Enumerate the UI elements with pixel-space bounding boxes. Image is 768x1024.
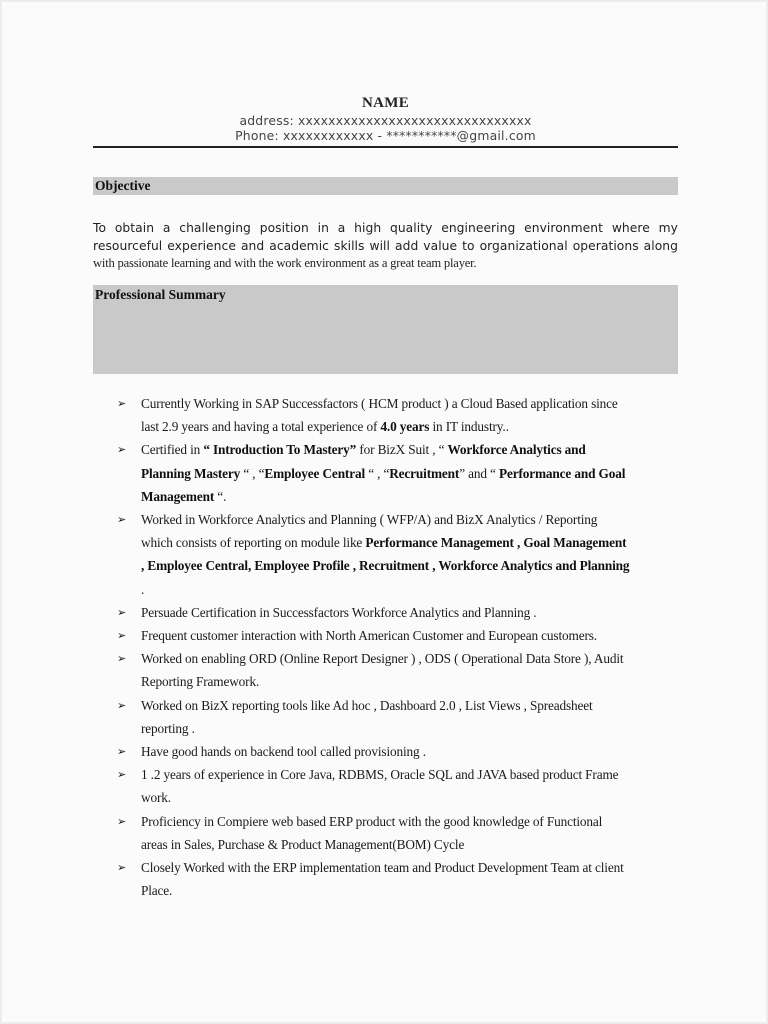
arrowhead-bullet-icon: ➢ xyxy=(117,740,126,763)
bold-text: 4.0 years xyxy=(380,419,429,434)
bold-text: Management xyxy=(141,489,214,504)
bullet-text-line: . xyxy=(141,578,682,601)
text: Place. xyxy=(141,883,172,898)
text: Worked in Workforce Analytics and Planni… xyxy=(141,512,597,527)
bold-text: Planning Mastery xyxy=(141,466,240,481)
objective-line: with passionate learning and with the wo… xyxy=(93,255,678,273)
summary-bullet-item: ➢Have good hands on backend tool called … xyxy=(117,740,682,763)
text: for BizX Suit , “ xyxy=(356,442,447,457)
bullet-text-line: Closely Worked with the ERP implementati… xyxy=(141,856,682,879)
header-divider xyxy=(93,146,678,148)
bold-text: Performance Management , Goal Management xyxy=(365,535,626,550)
text: Closely Worked with the ERP implementati… xyxy=(141,860,624,875)
summary-bullet-item: ➢Closely Worked with the ERP implementat… xyxy=(117,856,682,902)
text: “. xyxy=(214,489,226,504)
arrowhead-bullet-icon: ➢ xyxy=(117,392,126,415)
document-page: NAME address: xxxxxxxxxxxxxxxxxxxxxxxxxx… xyxy=(2,2,766,1022)
summary-bullet-item: ➢Proficiency in Compiere web based ERP p… xyxy=(117,810,682,856)
arrowhead-bullet-icon: ➢ xyxy=(117,694,126,717)
arrowhead-bullet-icon: ➢ xyxy=(117,601,126,624)
resume-header: NAME address: xxxxxxxxxxxxxxxxxxxxxxxxxx… xyxy=(93,93,678,143)
bold-text: “ Introduction To Mastery” xyxy=(203,442,356,457)
text: . xyxy=(141,582,144,597)
objective-title: Objective xyxy=(95,178,150,193)
bullet-text-line: Place. xyxy=(141,879,682,902)
bullet-text-line: Certified in “ Introduction To Mastery” … xyxy=(141,438,682,461)
bullet-text-line: Management “. xyxy=(141,485,682,508)
summary-bullet-item: ➢Worked on enabling ORD (Online Report D… xyxy=(117,647,682,693)
professional-summary-heading: Professional Summary xyxy=(93,285,678,374)
arrowhead-bullet-icon: ➢ xyxy=(117,856,126,879)
bullet-text-line: Reporting Framework. xyxy=(141,670,682,693)
text: Worked on BizX reporting tools like Ad h… xyxy=(141,698,593,713)
bullet-text-line: last 2.9 years and having a total experi… xyxy=(141,415,682,438)
bold-text: Employee Central xyxy=(264,466,365,481)
text: Have good hands on backend tool called p… xyxy=(141,744,426,759)
bullet-text-line: 1 .2 years of experience in Core Java, R… xyxy=(141,763,682,786)
arrowhead-bullet-icon: ➢ xyxy=(117,810,126,833)
address-line: address: xxxxxxxxxxxxxxxxxxxxxxxxxxxxxxx xyxy=(93,113,678,128)
text: Persuade Certification in Successfactors… xyxy=(141,605,536,620)
summary-bullet-item: ➢Frequent customer interaction with Nort… xyxy=(117,624,682,647)
bullet-text-line: Have good hands on backend tool called p… xyxy=(141,740,682,763)
arrowhead-bullet-icon: ➢ xyxy=(117,624,126,647)
text: Worked on enabling ORD (Online Report De… xyxy=(141,651,623,666)
bold-text: , Employee Central, Employee Profile , R… xyxy=(141,558,629,573)
bold-text: Performance and Goal xyxy=(499,466,625,481)
text: “ , “ xyxy=(365,466,389,481)
text: which consists of reporting on module li… xyxy=(141,535,365,550)
bullet-text-line: Worked on enabling ORD (Online Report De… xyxy=(141,647,682,670)
summary-bullet-item: ➢Worked on BizX reporting tools like Ad … xyxy=(117,694,682,740)
arrowhead-bullet-icon: ➢ xyxy=(117,508,126,531)
text: “ , “ xyxy=(240,466,264,481)
objective-heading: Objective xyxy=(93,177,678,195)
bullet-text-line: Worked on BizX reporting tools like Ad h… xyxy=(141,694,682,717)
text: Reporting Framework. xyxy=(141,674,259,689)
bullet-text-line: reporting . xyxy=(141,717,682,740)
phone-email-line: Phone: xxxxxxxxxxxx - ***********@gmail.… xyxy=(93,128,678,143)
bullet-text-line: Proficiency in Compiere web based ERP pr… xyxy=(141,810,682,833)
professional-summary-title: Professional Summary xyxy=(95,287,226,302)
text: Proficiency in Compiere web based ERP pr… xyxy=(141,814,602,829)
objective-line: To obtain a challenging position in a hi… xyxy=(93,220,678,238)
bullet-text-line: Currently Working in SAP Successfactors … xyxy=(141,392,682,415)
bullet-text-line: Persuade Certification in Successfactors… xyxy=(141,601,682,624)
text: ” and “ xyxy=(459,466,499,481)
bullet-text-line: areas in Sales, Purchase & Product Manag… xyxy=(141,833,682,856)
summary-bullet-item: ➢Worked in Workforce Analytics and Plann… xyxy=(117,508,682,601)
text: areas in Sales, Purchase & Product Manag… xyxy=(141,837,464,852)
text: 1 .2 years of experience in Core Java, R… xyxy=(141,767,618,782)
bullet-text-line: Frequent customer interaction with North… xyxy=(141,624,682,647)
candidate-name: NAME xyxy=(93,93,678,113)
text: last 2.9 years and having a total experi… xyxy=(141,419,380,434)
arrowhead-bullet-icon: ➢ xyxy=(117,647,126,670)
text: reporting . xyxy=(141,721,195,736)
objective-line: resourceful experience and academic skil… xyxy=(93,238,678,256)
bullet-text-line: work. xyxy=(141,786,682,809)
bold-text: Workforce Analytics and xyxy=(448,442,586,457)
summary-bullet-item: ➢Persuade Certification in Successfactor… xyxy=(117,601,682,624)
arrowhead-bullet-icon: ➢ xyxy=(117,438,126,461)
objective-paragraph: To obtain a challenging position in a hi… xyxy=(93,220,678,273)
bullet-text-line: , Employee Central, Employee Profile , R… xyxy=(141,554,682,577)
summary-bullet-item: ➢Currently Working in SAP Successfactors… xyxy=(117,392,682,438)
summary-bullet-list: ➢Currently Working in SAP Successfactors… xyxy=(117,392,682,902)
text: Frequent customer interaction with North… xyxy=(141,628,597,643)
bullet-text-line: Planning Mastery “ , “Employee Central “… xyxy=(141,462,682,485)
arrowhead-bullet-icon: ➢ xyxy=(117,763,126,786)
summary-bullet-item: ➢1 .2 years of experience in Core Java, … xyxy=(117,763,682,809)
bullet-text-line: Worked in Workforce Analytics and Planni… xyxy=(141,508,682,531)
text: Currently Working in SAP Successfactors … xyxy=(141,396,618,411)
text: Certified in xyxy=(141,442,203,457)
summary-bullet-item: ➢Certified in “ Introduction To Mastery”… xyxy=(117,438,682,508)
bold-text: Recruitment xyxy=(389,466,459,481)
bullet-text-line: which consists of reporting on module li… xyxy=(141,531,682,554)
text: work. xyxy=(141,790,171,805)
text: in IT industry.. xyxy=(429,419,508,434)
